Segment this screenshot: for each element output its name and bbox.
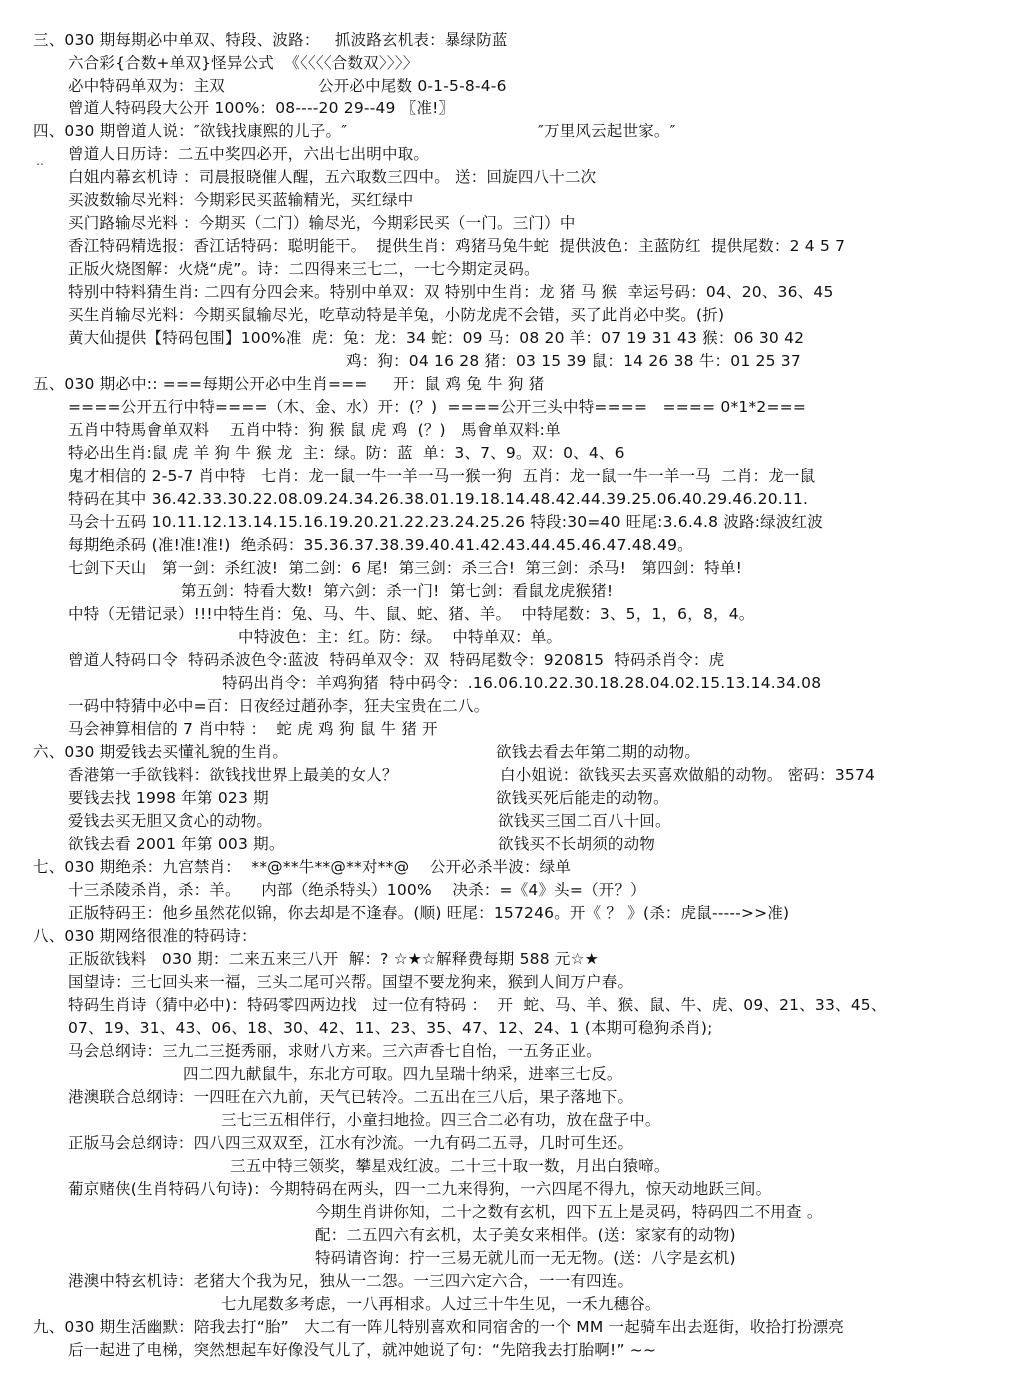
- text-segment: 黄大仙提供【特码包围】100%准 虎：兔：龙：34 蛇：09 马：08 20 羊…: [68, 328, 804, 348]
- text-segment: 港澳中特玄机诗：老猪大个我为兄，独从一二怨。一三四六定六合，一一有四连。: [68, 1271, 633, 1291]
- text-segment: 欲钱去看 2001 年第 003 期。: [68, 834, 285, 854]
- text-segment: 七剑下天山 第一剑：杀红波! 第二剑：6 尾! 第三剑：杀三合! 第三剑：杀马!…: [68, 558, 742, 578]
- text-segment: ====公开五行中特====（木、金、水）开：(？) ====公开三头中特===…: [68, 397, 806, 417]
- text-segment: 曾道人特码口令 特码杀波色令:蓝波 特码单双令：双 特码尾数令：920815 特…: [68, 650, 724, 670]
- text-segment: 鬼才相信的 2-5-7 肖中特 七肖：龙一鼠一牛一羊一马一猴一狗 五肖：龙一鼠一…: [68, 466, 815, 486]
- text-segment: 五肖中特馬會单双料 五肖中特：狗 猴 鼠 虎 鸡 (？) 馬會单双料:单: [68, 420, 561, 440]
- text-segment: 白姐内幕玄机诗 ：司晨报晓催人醒，五六取数三四中。 送：回旋四八十二次: [68, 167, 596, 187]
- text-segment: 特码出肖令：羊鸡狗猪 特中码令：.16.06.10.22.30.18.28.04…: [222, 673, 821, 693]
- text-segment: 今期生肖讲你知，二十之数有玄机，四下五上是灵码，特码四二不用查 。: [315, 1202, 823, 1222]
- text-segment: 每期绝杀码 (准!准!准!) 绝杀码：35.36.37.38.39.40.41.…: [68, 535, 693, 555]
- text-segment: 第五剑：特看大数! 第六剑：杀一门! 第七剑：看鼠龙虎猴猪!: [181, 581, 613, 601]
- text-segment: 六合彩{合数+单双}怪异公式 《〈〈〈〈合数双〉〉〉〉: [68, 53, 418, 73]
- text-segment: 国望诗：三七回头来一福，三头二尾可兴帮。国望不要龙狗来，猴到人间万户春。: [68, 972, 633, 992]
- text-segment: 后一起进了电梯，突然想起车好像没气儿了，就冲她说了句：“先陪我去打胎啊!” ~~: [68, 1340, 656, 1360]
- text-segment: 特码在其中 36.42.33.30.22.08.09.24.34.26.38.0…: [68, 489, 808, 509]
- text-segment: 三、030 期每期必中单双、特段、波路： 抓波路玄机表：暴绿防蓝: [33, 30, 508, 50]
- text-segment: 马会总纲诗：三九二三挺秀丽，求财八方来。三六声香七自怡，一五务正业。: [68, 1041, 602, 1061]
- text-segment: 马会十五码 10.11.12.13.14.15.16.19.20.21.22.2…: [68, 512, 823, 532]
- text-segment: 香港第一手欲钱料：欲钱找世界上最美的女人？: [68, 765, 398, 785]
- text-segment: 曾道人日历诗：二五中奖四必开，六出七出明中取。: [68, 144, 429, 164]
- text-segment: 白小姐说：欲钱买去买喜欢做船的动物。 密码：3574: [500, 765, 875, 785]
- text-segment: 特码请咨询：拧一三易无就儿而一无无物。(送：八字是玄机): [315, 1248, 736, 1268]
- text-segment: 特必出生肖:鼠 虎 羊 狗 牛 猴 龙 主：绿。防：蓝 单：3、7、9。双：0、…: [68, 443, 625, 463]
- text-segment: 公开必中尾数 0-1-5-8-4-6: [318, 76, 507, 96]
- text-segment: 爱钱去买无胆又贪心的动物。: [68, 811, 272, 831]
- text-segment: 四二四九献鼠牛，东北方可取。四九呈瑞十纳采，进率三七反。: [183, 1064, 623, 1084]
- text-segment: 欲钱买不长胡须的动物: [498, 834, 655, 854]
- text-segment: 马会神算相信的 7 肖中特 ： 蛇 虎 鸡 狗 鼠 牛 猪 开: [68, 719, 438, 739]
- text-segment: 买生肖输尽光料：今期买鼠输尽光，吃草动特是羊兔，小防龙虎不会错，买了此肖必中奖。…: [68, 305, 724, 325]
- text-segment: 正版火烧图解：火烧“虎”。诗：二四得来三七二，一七今期定灵码。: [68, 259, 540, 279]
- text-segment: 必中特码单双为：主双: [68, 76, 225, 96]
- text-segment: 配：二五四六有玄机，太子美女来相伴。(送：家家有的动物): [315, 1225, 736, 1245]
- text-segment: ″万里风云起世家。″: [538, 121, 676, 141]
- text-segment: 十三杀陵杀肖，杀：羊。 内部（绝杀特头）100% 决杀：=《4》头=（开？）: [68, 880, 646, 900]
- text-segment: 欲钱去看去年第二期的动物。: [496, 742, 700, 762]
- text-segment: 港澳联合总纲诗：一四旺在六九前，天气已转冷。二五出在三八后，果子落地下。: [68, 1087, 633, 1107]
- text-segment: 买门路输尽光料 ：今期买（二门）输尽光，今期彩民买（一门。三门）中: [68, 213, 576, 233]
- text-segment: 07、19、31、43、06、18、30、42、11、23、35、47、12、2…: [68, 1018, 713, 1038]
- text-segment: 欲钱买三国二百八十回。: [498, 811, 671, 831]
- text-segment: 葡京赌侠(生肖特码八句诗)：今期特码在两头，四一二九来得狗，一六四尾不得九，惊天…: [68, 1179, 771, 1199]
- text-segment: 要钱去找 1998 年第 023 期: [68, 788, 269, 808]
- text-segment: 鸡：狗：04 16 28 猪：03 15 39 鼠：14 26 38 牛：01 …: [346, 351, 801, 371]
- text-segment: 八、030 期网络很准的特码诗：: [33, 926, 257, 946]
- text-segment: 曾道人特码段大公开 100%：08----20 29--49 〖准!〗: [68, 98, 454, 118]
- text-segment: 香江特码精选报：香江话特码：聪明能干。 提供生肖：鸡猪马兔牛蛇 提供波色：主蓝防…: [68, 236, 845, 256]
- text-segment: 正版特码王：他乡虽然花似锦，你去却是不逢春。(顺) 旺尾：157246。开《 ？…: [68, 903, 789, 923]
- text-segment: 正版欲钱料 030 期：二来五来三八开 解：? ☆★☆解释费每期 588 元☆★: [68, 949, 599, 969]
- text-segment: 特码生肖诗（猜中必中)：特码零四两边找 过一位有特码 ： 开 蛇、马、羊、猴、鼠…: [68, 995, 887, 1015]
- text-segment: 五、030 期必中:: ===每期公开必中生肖=== 开：鼠 鸡 兔 牛 狗 猪: [33, 374, 544, 394]
- text-segment: 三七三五相伴行，小童扫地捡。四三合二必有功，放在盘子中。: [221, 1110, 661, 1130]
- text-segment: 欲钱买死后能走的动物。: [496, 788, 669, 808]
- text-segment: 六、030 期爱钱去买懂礼貌的生肖。: [33, 742, 288, 762]
- text-segment: 特别中特料猜生肖: 二四有分四会来。特别中单双：双 特别中生肖：龙 猪 马 猴 …: [68, 282, 834, 302]
- text-segment: 三五中特三领奖，攀星戏红波。二十三十取一数，月出白猿啼。: [230, 1156, 670, 1176]
- text-segment: 七、030 期绝杀：九宫禁肖： **@**牛**@**对**@ 公开必杀半波：绿…: [33, 857, 571, 877]
- text-segment: 中特波色：主：红。防：绿。 中特单双：单。: [238, 627, 562, 647]
- text-segment: 七九尾数多考虑，一八再相求。人过三十牛生见，一禾九穗谷。: [221, 1294, 661, 1314]
- text-segment: 一码中特猜中必中=百：日夜经过趙孙李，狂夫宝贵在二八。: [68, 696, 489, 716]
- text-segment: 中特（无错记录）!!!中特生肖：兔、马、牛、鼠、蛇、猪、羊。 中特尾数：3、5，…: [68, 604, 754, 624]
- text-segment: 正版马会总纲诗：四八四三双双至，江水有沙流。一九有码二五寻，几时可生还。: [68, 1133, 633, 1153]
- stray-dots: ‥: [36, 154, 44, 168]
- text-segment: 买波数输尽光料：今期彩民买蓝输精光，买红绿中: [68, 190, 413, 210]
- text-segment: 四、030 期曾道人说：″欲钱找康熙的儿子。″: [33, 121, 347, 141]
- text-segment: 九、030 期生活幽默：陪我去打“胎” 大二有一阵儿特别喜欢和同宿舍的一个 MM…: [33, 1317, 844, 1337]
